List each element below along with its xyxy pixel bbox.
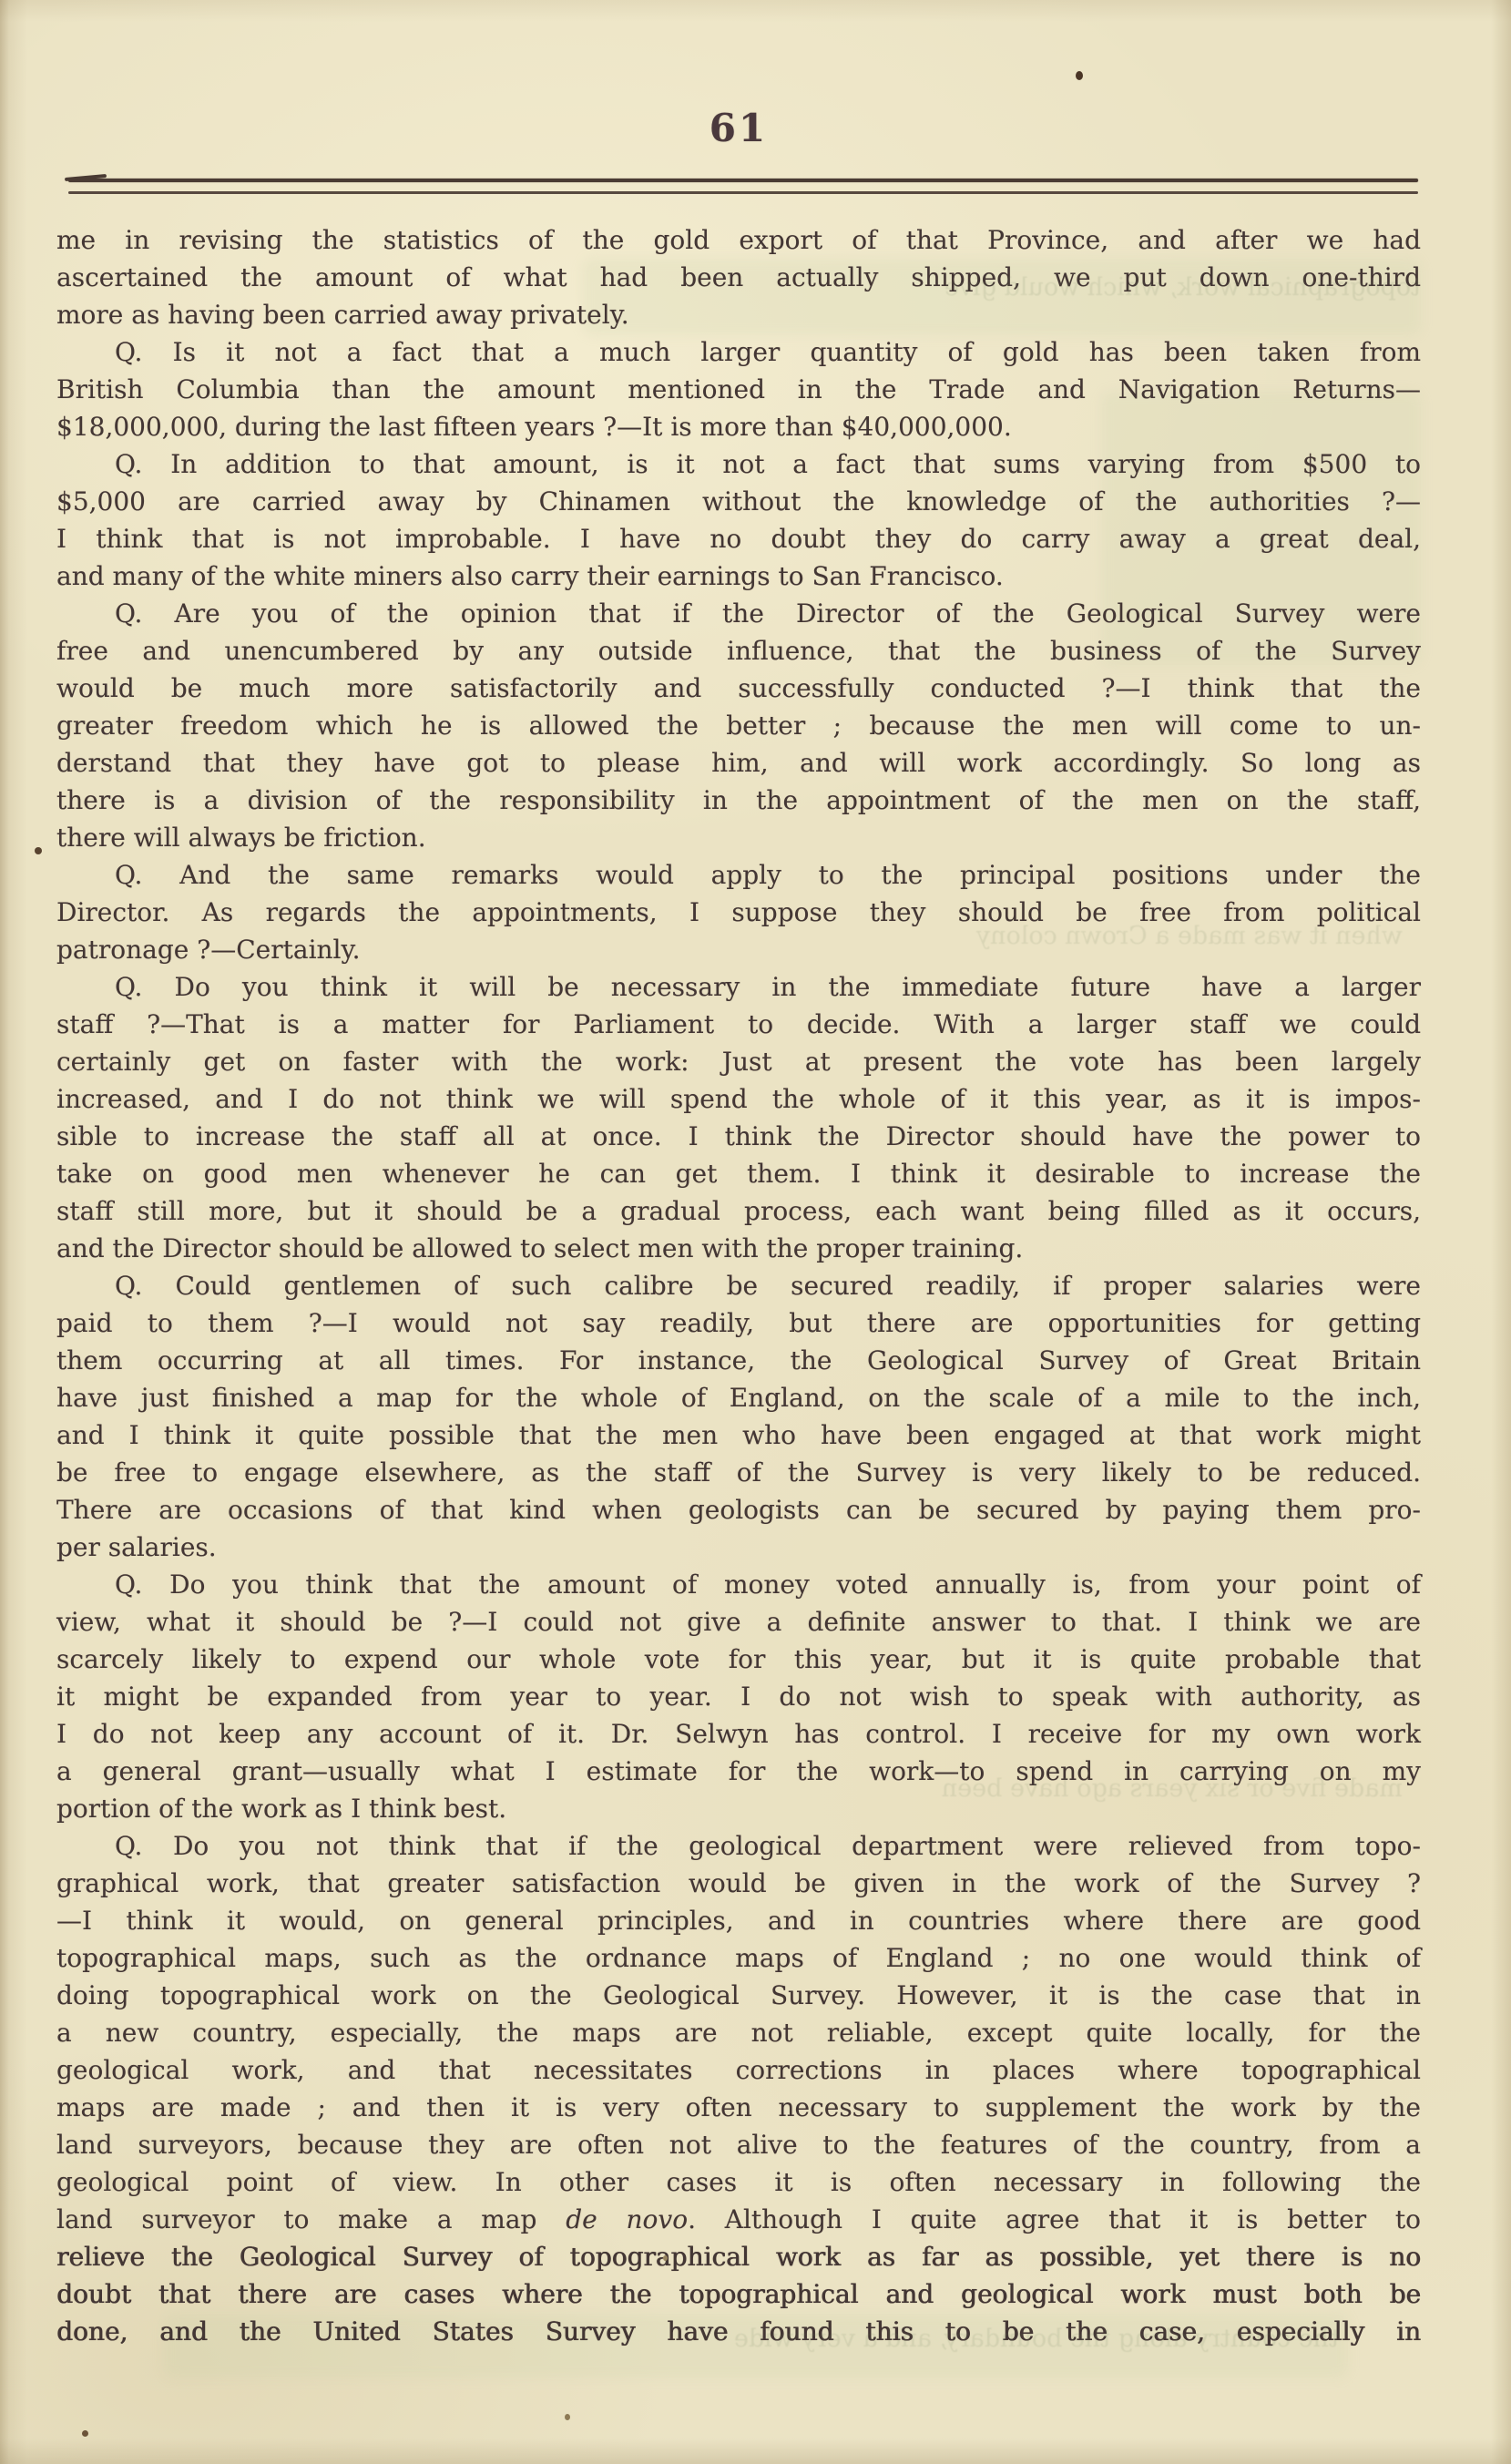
text-line: Q. And the same remarks would apply to t…	[56, 856, 1421, 894]
showthrough-text: topographical work, which would give	[601, 273, 1421, 302]
ink-speck	[82, 2430, 88, 2437]
text-line: staff ?—That is a matter for Parliament …	[56, 1006, 1421, 1043]
text-line: Q. Do you not think that if the geologic…	[56, 1827, 1421, 1865]
text-line: I think that is not improbable. I have n…	[56, 520, 1421, 557]
text-line: view, what it should be ?—I could not gi…	[56, 1603, 1421, 1641]
text-line: Q. Are you of the opinion that if the Di…	[56, 595, 1421, 632]
text-line: and many of the white miners also carry …	[56, 557, 1421, 595]
text-line: $18,000,000, during the last fifteen yea…	[56, 408, 1421, 445]
ink-speck	[35, 847, 42, 854]
paragraph: Q. In addition to that amount, is it not…	[56, 445, 1421, 595]
text-line: doing topographical work on the Geologic…	[56, 1977, 1421, 2014]
text-block: me in revising the statistics of the gol…	[56, 221, 1421, 2350]
text-line: them occurring at all times. For instanc…	[56, 1342, 1421, 1379]
text-line: be free to engage elsewhere, as the staf…	[56, 1454, 1421, 1491]
ink-speck	[1076, 71, 1083, 80]
text-line: There are occasions of that kind when ge…	[56, 1491, 1421, 1528]
text-line: per salaries.	[56, 1528, 1421, 1566]
showthrough-text: made five or six years ago have been	[801, 1774, 1403, 1803]
text-line: there will always be friction.	[56, 819, 1421, 856]
text-line: scarcely likely to expend our whole vote…	[56, 1641, 1421, 1678]
text-line: topographical maps, such as the ordnance…	[56, 1939, 1421, 1977]
text-line: derstand that they have got to please hi…	[56, 744, 1421, 782]
text-line: land surveyor to make a map de novo. Alt…	[56, 2201, 1421, 2238]
italic-phrase: de novo	[566, 2204, 688, 2234]
text-line: greater freedom which he is allowed the …	[56, 707, 1421, 744]
top-rule	[68, 179, 1418, 182]
text-line: relieve the Geological Survey of topogra…	[56, 2238, 1421, 2275]
text-line: geological point of view. In other cases…	[56, 2163, 1421, 2201]
text-line: would be much more satisfactorily and su…	[56, 670, 1421, 707]
text-line: have just finished a map for the whole o…	[56, 1379, 1421, 1416]
paragraph: Q. Are you of the opinion that if the Di…	[56, 595, 1421, 856]
text-line: and I think it quite possible that the m…	[56, 1416, 1421, 1454]
text-line: free and unencumbered by any outside inf…	[56, 632, 1421, 670]
showthrough-text: when it was made a Crown colony	[765, 922, 1403, 950]
page-number: 61	[56, 106, 1421, 150]
text-line: staff still more, but it should be a gra…	[56, 1192, 1421, 1230]
text-line: graphical work, that greater satisfactio…	[56, 1865, 1421, 1902]
paragraph: Q. And the same remarks would apply to t…	[56, 856, 1421, 968]
showthrough-text: the country along the boundary, and a ve…	[219, 2325, 1339, 2353]
text-line: doubt that there are cases where the top…	[56, 2275, 1421, 2313]
paragraph: Q. Is it not a fact that a much larger q…	[56, 333, 1421, 445]
text-line: certainly get on faster with the work: J…	[56, 1043, 1421, 1080]
text-line: maps are made ; and then it is very ofte…	[56, 2089, 1421, 2126]
bottom-rule	[68, 191, 1418, 194]
text-line: British Columbia than the amount mention…	[56, 371, 1421, 408]
text-line: there is a division of the responsibilit…	[56, 782, 1421, 819]
text-line: Q. Do you think that the amount of money…	[56, 1566, 1421, 1603]
text-line: Q. Is it not a fact that a much larger q…	[56, 333, 1421, 371]
ink-speck	[663, 2255, 668, 2261]
text-line: Q. Do you think it will be necessary in …	[56, 968, 1421, 1006]
paragraph: Q. Do you think it will be necessary in …	[56, 968, 1421, 1267]
text-line: take on good men whenever he can get the…	[56, 1155, 1421, 1192]
text-line: me in revising the statistics of the gol…	[56, 221, 1421, 259]
text-line: it might be expanded from year to year. …	[56, 1678, 1421, 1715]
text-line: geological work, and that necessitates c…	[56, 2051, 1421, 2089]
text-line: $5,000 are carried away by Chinamen with…	[56, 483, 1421, 520]
text-line: more as having been carried away private…	[56, 296, 1421, 333]
ink-speck	[565, 2414, 570, 2420]
text-line: Q. Could gentlemen of such calibre be se…	[56, 1267, 1421, 1304]
text-line: increased, and I do not think we will sp…	[56, 1080, 1421, 1118]
text-line: sible to increase the staff all at once.…	[56, 1118, 1421, 1155]
scanned-page: 61 me in revising the statistics of the …	[0, 0, 1511, 2464]
text-line: I do not keep any account of it. Dr. Sel…	[56, 1715, 1421, 1753]
text-line: a new country, especially, the maps are …	[56, 2014, 1421, 2051]
text-line: paid to them ?—I would not say readily, …	[56, 1304, 1421, 1342]
text-line: and the Director should be allowed to se…	[56, 1230, 1421, 1267]
text-line: —I think it would, on general principles…	[56, 1902, 1421, 1939]
paragraph: Q. Do you not think that if the geologic…	[56, 1827, 1421, 2350]
text-line: Q. In addition to that amount, is it not…	[56, 445, 1421, 483]
paragraph: Q. Could gentlemen of such calibre be se…	[56, 1267, 1421, 1566]
text-line: land surveyors, because they are often n…	[56, 2126, 1421, 2163]
